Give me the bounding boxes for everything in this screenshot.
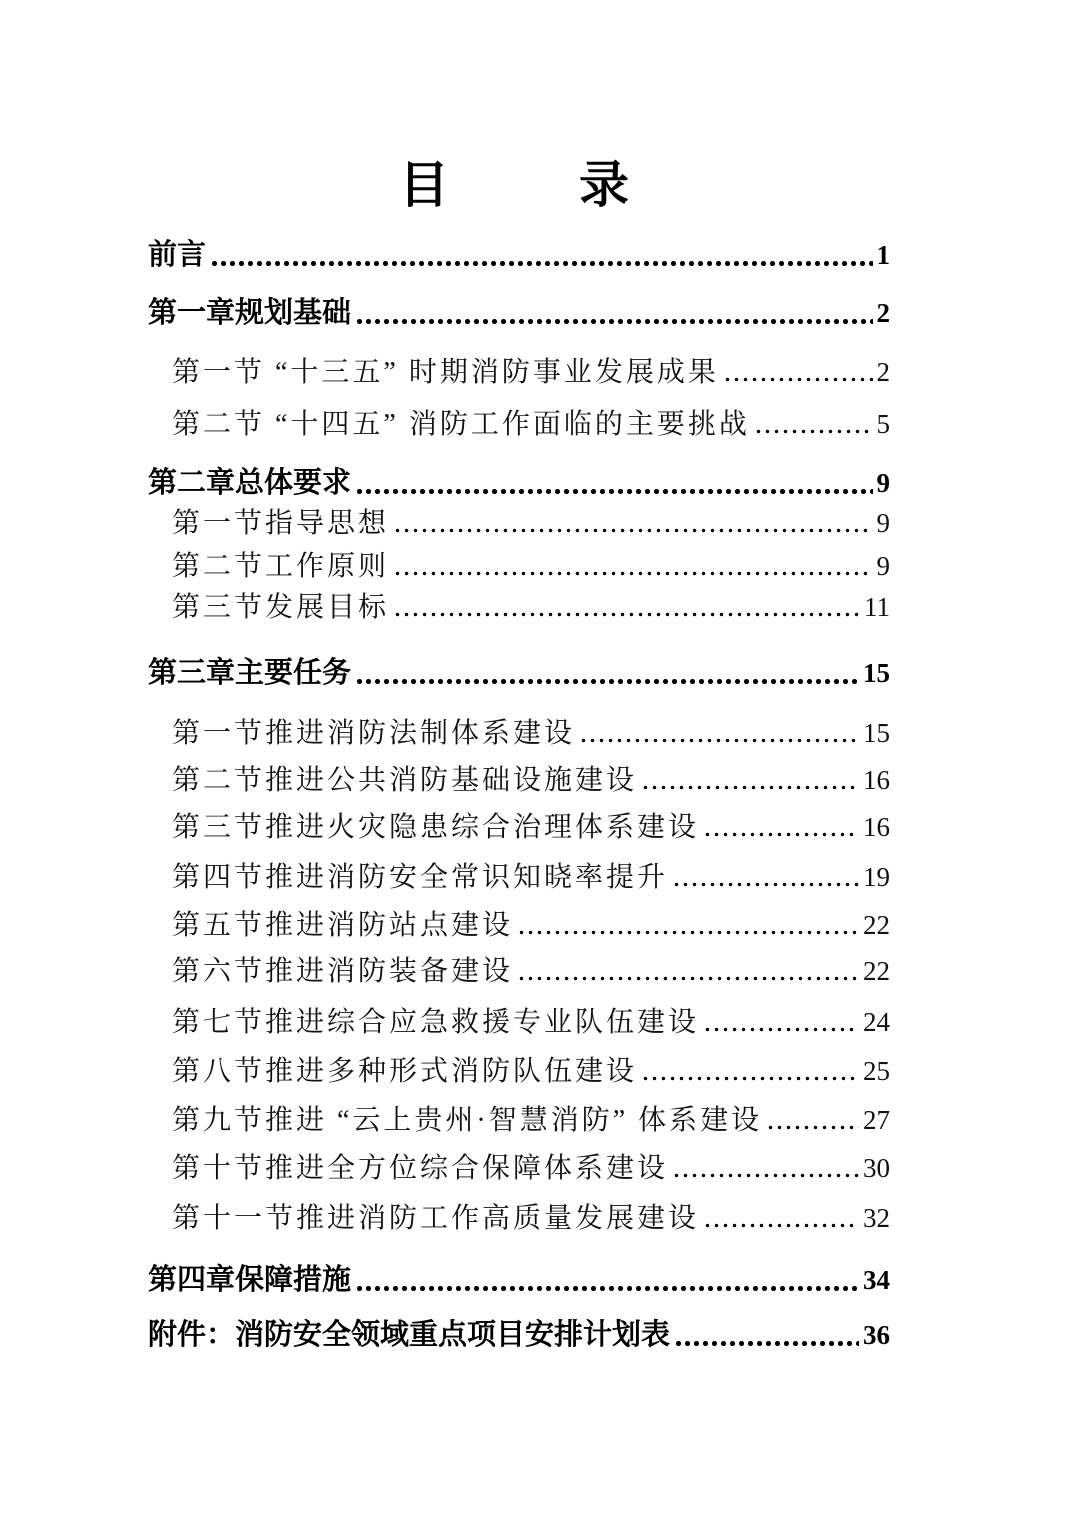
toc-entry-label: 第六节推进消防装备建设 — [172, 952, 513, 992]
dot-leader — [355, 463, 872, 503]
toc-entry-ch2-sec3: 第三节发展目标 11 — [172, 587, 890, 627]
toc-entry-label: 第七节推进综合应急救援专业队伍建设 — [172, 1003, 699, 1043]
toc-entry-label: 第十节推进全方位综合保障体系建设 — [172, 1149, 668, 1189]
toc-entry-label: 第一章规划基础 — [148, 293, 351, 333]
toc-entry-label: 第一节 “十三五” 时期消防事业发展成果 — [172, 353, 719, 393]
toc-entry-page: 24 — [863, 1002, 890, 1042]
toc-entry-chapter3: 第三章主要任务 15 — [148, 653, 890, 693]
toc-entry-page: 15 — [863, 653, 890, 693]
toc-entry-page: 19 — [863, 857, 890, 897]
dot-leader — [210, 235, 872, 275]
toc-entry-label: 第二节工作原则 — [172, 547, 389, 587]
toc-entry-ch3-sec1: 第一节推进消防法制体系建设 15 — [172, 713, 890, 753]
toc-entry-label: 第四节推进消防安全常识知晓率提升 — [172, 858, 668, 898]
dot-leader — [672, 857, 859, 897]
toc-entry-label: 第九节推进 “云上贵州·智慧消防” 体系建设 — [172, 1101, 762, 1141]
toc-entry-ch3-sec10: 第十节推进全方位综合保障体系建设 30 — [172, 1148, 890, 1188]
dot-leader — [672, 1148, 859, 1188]
toc-entry-ch3-sec3: 第三节推进火灾隐患综合治理体系建设 16 — [172, 807, 890, 847]
dot-leader — [754, 404, 873, 444]
toc-entry-chapter1: 第一章规划基础 2 — [148, 293, 890, 333]
dot-leader — [393, 587, 860, 627]
toc-entry-chapter2: 第二章总体要求 9 — [148, 463, 890, 503]
toc-entry-page: 22 — [863, 905, 890, 945]
toc-entry-page: 9 — [877, 463, 891, 503]
dot-leader — [355, 293, 872, 333]
dot-leader — [674, 1315, 859, 1355]
dot-leader — [703, 1198, 859, 1238]
toc-entry-ch2-sec2: 第二节工作原则 9 — [172, 546, 890, 586]
toc-entry-page: 1 — [877, 235, 891, 275]
toc-entry-label: 第一节推进消防法制体系建设 — [172, 714, 575, 754]
toc-entry-ch3-sec11: 第十一节推进消防工作高质量发展建设 32 — [172, 1198, 890, 1238]
toc-entry-page: 16 — [863, 807, 890, 847]
toc-entry-label: 第一节指导思想 — [172, 504, 389, 544]
toc-entry-page: 32 — [863, 1198, 890, 1238]
toc-entry-page: 22 — [863, 951, 890, 991]
toc-entry-page: 5 — [877, 404, 891, 444]
toc-entry-page: 2 — [877, 352, 891, 392]
toc-entry-page: 25 — [863, 1051, 890, 1091]
toc-entry-label: 第二节 “十四五” 消防工作面临的主要挑战 — [172, 405, 750, 445]
dot-leader — [641, 1051, 859, 1091]
toc-entry-label: 第五节推进消防站点建设 — [172, 906, 513, 946]
toc-entry-label: 第三节推进火灾隐患综合治理体系建设 — [172, 808, 699, 848]
toc-entry-label: 第二节推进公共消防基础设施建设 — [172, 761, 637, 801]
dot-leader — [723, 352, 873, 392]
dot-leader — [393, 546, 872, 586]
toc-entry-label: 第三节发展目标 — [172, 588, 389, 628]
toc-entry-ch2-sec1: 第一节指导思想 9 — [172, 503, 890, 543]
dot-leader — [703, 1002, 859, 1042]
toc-entry-page: 16 — [863, 760, 890, 800]
toc-entry-label: 第二章总体要求 — [148, 463, 351, 503]
dot-leader — [517, 905, 859, 945]
dot-leader — [641, 760, 859, 800]
toc-entry-chapter4: 第四章保障措施 34 — [148, 1260, 890, 1300]
toc-entry-ch3-sec9: 第九节推进 “云上贵州·智慧消防” 体系建设 27 — [172, 1100, 890, 1140]
dot-leader — [355, 653, 859, 693]
toc-entry-label: 第三章主要任务 — [148, 653, 351, 693]
toc-entry-page: 36 — [863, 1315, 890, 1355]
toc-entry-ch1-sec2: 第二节 “十四五” 消防工作面临的主要挑战 5 — [172, 404, 890, 444]
toc-entry-ch3-sec5: 第五节推进消防站点建设 22 — [172, 905, 890, 945]
toc-entry-ch3-sec7: 第七节推进综合应急救援专业队伍建设 24 — [172, 1002, 890, 1042]
toc-entry-appendix: 附件：消防安全领域重点项目安排计划表 36 — [148, 1315, 890, 1355]
toc-entry-page: 30 — [863, 1148, 890, 1188]
toc-entry-ch3-sec6: 第六节推进消防装备建设 22 — [172, 951, 890, 991]
toc-entry-label: 第八节推进多种形式消防队伍建设 — [172, 1052, 637, 1092]
toc-entry-page: 27 — [863, 1100, 890, 1140]
dot-leader — [766, 1100, 859, 1140]
dot-leader — [517, 951, 859, 991]
toc-entry-label: 附件：消防安全领域重点项目安排计划表 — [148, 1315, 670, 1355]
page-title: 目 录 — [148, 156, 890, 214]
toc-entry-page: 2 — [877, 293, 891, 333]
toc-entry-page: 11 — [864, 587, 890, 627]
toc-entry-ch3-sec2: 第二节推进公共消防基础设施建设 16 — [172, 760, 890, 800]
dot-leader — [703, 807, 859, 847]
toc-entry-ch1-sec1: 第一节 “十三五” 时期消防事业发展成果 2 — [172, 352, 890, 392]
toc-entry-label: 第四章保障措施 — [148, 1260, 351, 1300]
dot-leader — [579, 713, 859, 753]
document-page: 目 录 前言 1 第一章规划基础 2 第一节 “十三五” 时期消防事业发展成果 … — [0, 0, 1074, 1520]
dot-leader — [355, 1260, 859, 1300]
toc-entry-page: 9 — [877, 503, 891, 543]
toc-entry-page: 34 — [863, 1260, 890, 1300]
toc-entry-ch3-sec4: 第四节推进消防安全常识知晓率提升 19 — [172, 857, 890, 897]
toc-entry-foreword: 前言 1 — [148, 235, 890, 275]
toc-entry-page: 15 — [863, 713, 890, 753]
toc-entry-page: 9 — [877, 546, 891, 586]
toc-entry-ch3-sec8: 第八节推进多种形式消防队伍建设 25 — [172, 1051, 890, 1091]
toc-entry-label: 前言 — [148, 235, 206, 275]
toc-entry-label: 第十一节推进消防工作高质量发展建设 — [172, 1199, 699, 1239]
dot-leader — [393, 503, 872, 543]
